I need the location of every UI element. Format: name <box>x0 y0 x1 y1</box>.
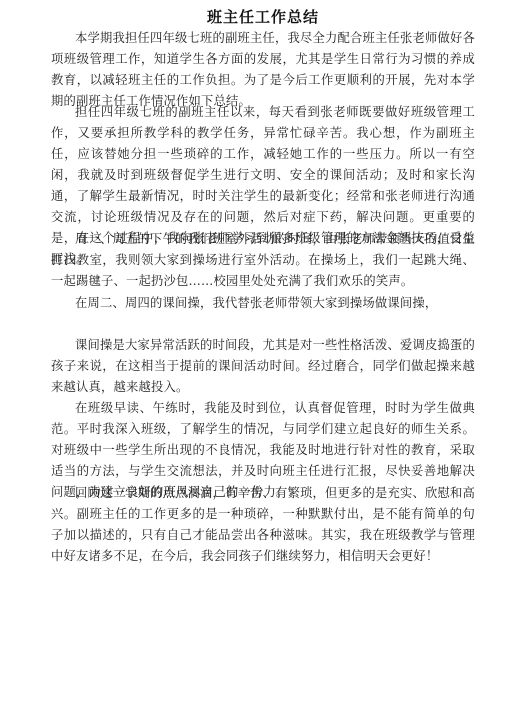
paragraph-exercise-break: 在周二、周四的课间操，我代替张老师带领大家到操场做课间操， <box>51 293 475 314</box>
document-title: 班主任工作总结 <box>0 6 526 27</box>
paragraph-intro: 本学期我担任四年级七班的副班主任，我尽全力配合班主任张老师做好各项班级管理工作，… <box>51 28 475 112</box>
document-page: 班主任工作总结 本学期我担任四年级七班的副班主任，我尽全力配合班主任张老师做好各… <box>0 0 526 702</box>
paragraph-exercise-details: 课间操是大家异常活跃的时间段，尤其是对一些性格活泼、爱调皮捣蛋的孩子来说，在这相… <box>51 335 475 398</box>
paragraph-conclusion: 回顾这一学期的点点滴滴，有辛苦、有繁琐，但更多的是充实、欣慰和高兴。副班主任的工… <box>51 483 475 567</box>
paragraph-outdoor-activities: 周一、周五的下午的我们班室外活动的时间，由张老师带领当天的值日生打扫教室，我则领… <box>51 229 475 292</box>
